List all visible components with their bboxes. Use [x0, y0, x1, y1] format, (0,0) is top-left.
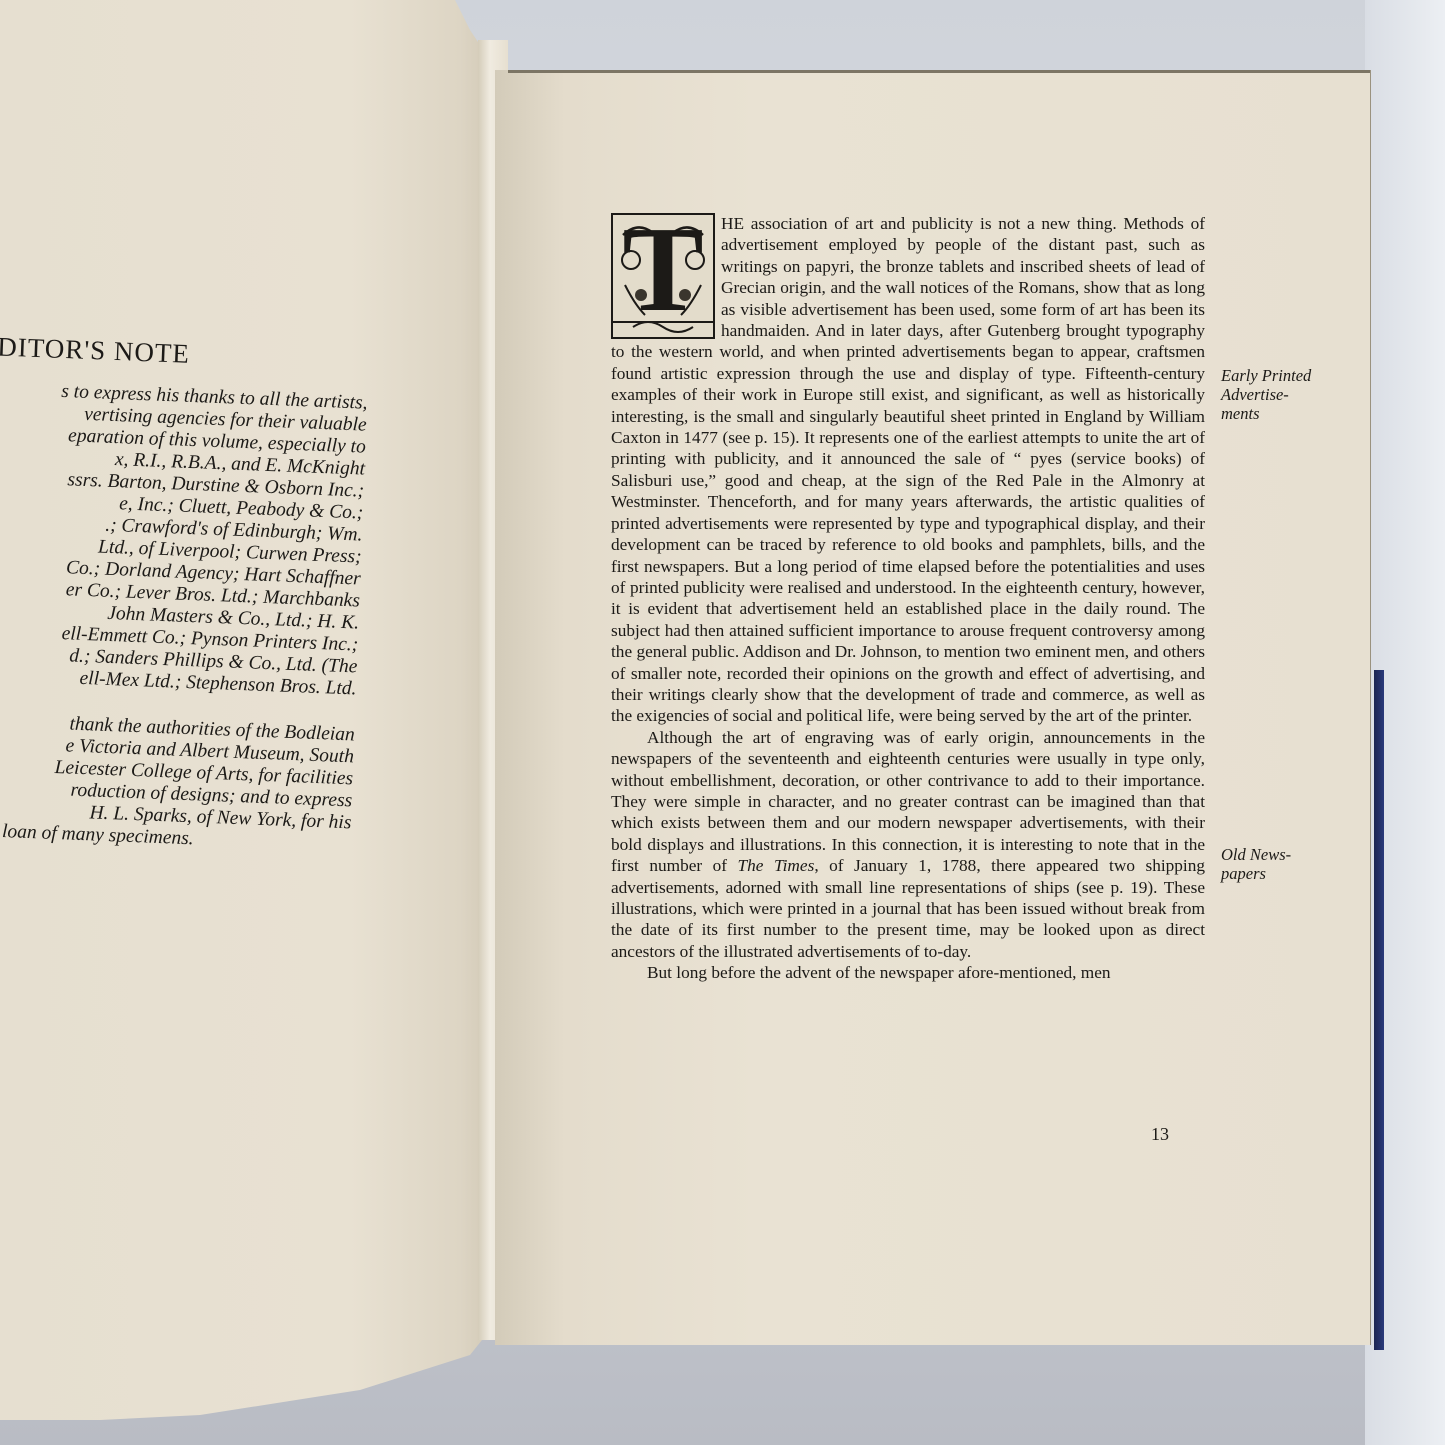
page-edge: [508, 70, 1370, 73]
paragraph-2: Although the art of engraving was of ear…: [611, 727, 1205, 962]
drop-cap-base: [613, 321, 713, 337]
editors-note: DITOR'S NOTE s to express his thanks to …: [0, 330, 370, 856]
paragraph-3: But long before the advent of the newspa…: [611, 962, 1205, 983]
margin-note-line: ments: [1221, 404, 1311, 423]
paragraph-2-text: Although the art of engraving was of ear…: [611, 728, 1205, 875]
newspaper-title: The Times: [738, 856, 815, 875]
margin-note-line: Early Printed: [1221, 366, 1311, 385]
margin-note-line: papers: [1221, 864, 1291, 883]
page-number: 13: [1151, 1124, 1169, 1145]
ornamental-drop-cap-icon: T: [611, 213, 715, 339]
margin-note-line: Advertise-: [1221, 385, 1311, 404]
paragraph-1: T HE association of art and publicity is…: [611, 213, 1205, 727]
body-text: T HE association of art and publicity is…: [611, 213, 1205, 984]
margin-note-old-newspapers: Old News- papers: [1221, 845, 1291, 883]
margin-note-early-printed: Early Printed Advertise- ments: [1221, 366, 1311, 423]
book-cover-edge: [1374, 670, 1384, 1350]
drop-cap-letter: T: [613, 209, 713, 331]
margin-note-line: Old News-: [1221, 845, 1291, 864]
